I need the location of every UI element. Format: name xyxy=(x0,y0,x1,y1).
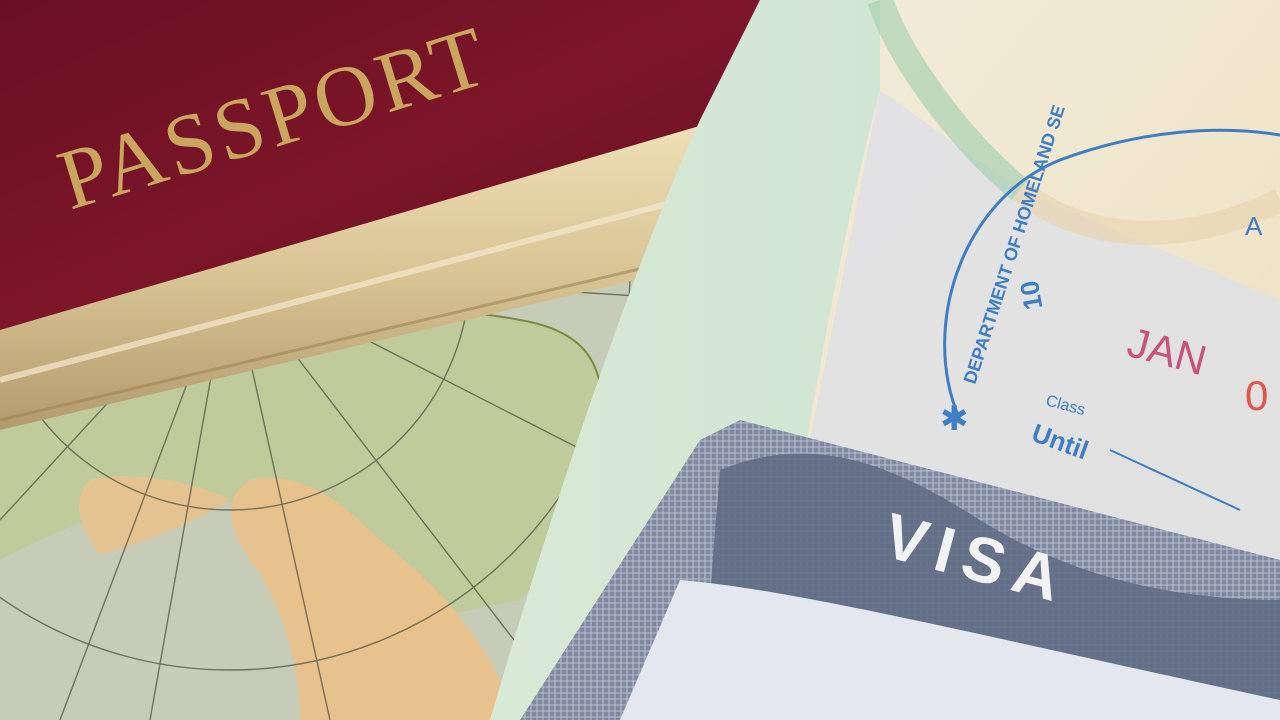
photo-scene: PASSPORT DEPARTMENT OF HOMELAND SE 10 JA… xyxy=(0,0,1280,720)
stamp-number: 10 xyxy=(1014,279,1049,313)
stamp-letter: A xyxy=(1245,211,1263,241)
star-icon: ✱ xyxy=(940,400,969,438)
stamp-day: 0 xyxy=(1245,372,1268,419)
